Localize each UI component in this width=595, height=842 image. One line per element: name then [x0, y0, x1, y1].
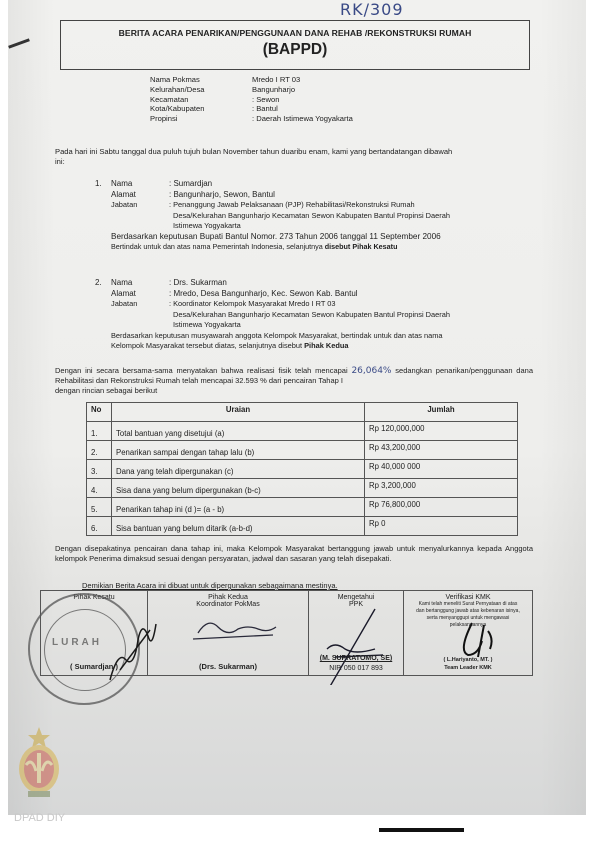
acting-bold: disebut Pihak Kesatu	[325, 242, 398, 251]
table-row: 3. Dana yang telah dipergunakan (c) Rp 4…	[87, 460, 518, 479]
government-emblem-icon	[16, 727, 62, 799]
intro-line: ini:	[55, 157, 533, 167]
party-position: : Penanggung Jawab Pelaksanaan (PJP) Reh…	[169, 200, 535, 211]
signature-scribble	[188, 613, 278, 643]
signature-kmk: Verifikasi KMK Kami telah meneliti Surat…	[404, 591, 532, 675]
row-amount: Rp 120,000,000	[365, 422, 518, 441]
acting-text: Bertindak untuk dan atas nama Pemerintah…	[111, 242, 325, 251]
signature-title: Pihak Kedua	[148, 594, 308, 601]
signature-title: Verifikasi KMK	[404, 594, 532, 601]
statement-text: dengan rincian sebagai berikut	[55, 386, 533, 396]
party-address: : Mredo, Desa Bangunharjo, Kec. Sewon Ka…	[169, 289, 535, 300]
info-label: Nama Pokmas	[150, 75, 252, 85]
row-amount: Rp 0	[365, 517, 518, 536]
table-row: 2. Penarikan sampai dengan tahap lalu (b…	[87, 441, 518, 460]
party-name: : Drs. Sukarman	[169, 278, 535, 289]
closing-paragraph: Dengan disepakatinya pencairan dana taha…	[55, 544, 533, 564]
statement-text: Dengan ini secara bersama-sama menyataka…	[55, 366, 351, 375]
statement-paragraph: Dengan ini secara bersama-sama menyataka…	[55, 366, 533, 396]
party-2: 2.Nama: Drs. Sukarman Alamat: Mredo, Des…	[95, 278, 535, 352]
table-header-row: No Uraian Jumlah	[87, 403, 518, 422]
party-1: 1.Nama: Sumardjan Alamat: Bangunharjo, S…	[95, 179, 535, 253]
row-amount: Rp 40,000 000	[365, 460, 518, 479]
party-position: : Koordinator Kelompok Masyarakat Mredo …	[169, 299, 535, 310]
closing-final: Demikian Berita Acara ini dibuat untuk d…	[82, 581, 338, 590]
info-label: Propinsi	[150, 114, 252, 124]
party-number: 2.	[95, 278, 111, 289]
table-row: 1. Total bantuan yang disetujui (a) Rp 1…	[87, 422, 518, 441]
rincian-table: No Uraian Jumlah 1. Total bantuan yang d…	[86, 402, 518, 536]
pokmas-info: Nama PokmasMredo I RT 03 Kelurahan/DesaB…	[150, 75, 353, 124]
signature-name: ( L.Hariyanto, MT. )	[404, 657, 532, 663]
row-number: 3.	[87, 460, 112, 479]
row-amount: Rp 3,200,000	[365, 479, 518, 498]
info-value: Bangunharjo	[252, 85, 295, 95]
party-number: 1.	[95, 179, 111, 190]
info-label: Kecamatan	[150, 95, 252, 105]
field-label: Nama	[111, 179, 169, 190]
row-number: 4.	[87, 479, 112, 498]
info-label: Kelurahan/Desa	[150, 85, 252, 95]
field-label: Alamat	[111, 190, 169, 201]
field-label: Nama	[111, 278, 169, 289]
party-position-line: Istimewa Yogyakarta	[169, 221, 535, 232]
signature-role: Team Leader KMK	[404, 665, 532, 671]
table-row: 6. Sisa bantuan yang belum ditarik (a-b-…	[87, 517, 518, 536]
table-row: 4. Sisa dana yang belum dipergunakan (b-…	[87, 479, 518, 498]
intro-line: Pada hari ini Sabtu tanggal dua puluh tu…	[55, 147, 533, 157]
party-position-line: Desa/Kelurahan Bangunharjo Kecamatan Sew…	[169, 211, 535, 222]
field-label: Jabatan	[111, 299, 169, 310]
party-position-line: Desa/Kelurahan Bangunharjo Kecamatan Sew…	[169, 310, 535, 321]
row-number: 1.	[87, 422, 112, 441]
row-description: Penarikan sampai dengan tahap lalu (b)	[112, 441, 365, 460]
signature-nip: NIP. 050 017 893	[309, 665, 403, 672]
column-header: Jumlah	[365, 403, 518, 422]
intro-paragraph: Pada hari ini Sabtu tanggal dua puluh tu…	[55, 147, 533, 167]
signature-ppk: Mengetahui PPK (M. SUPRATOMO, SE) NIP. 0…	[309, 591, 404, 675]
signature-subtitle: Koordinator PokMas	[148, 601, 308, 608]
info-value: Mredo I RT 03	[252, 75, 300, 85]
title-box: BERITA ACARA PENARIKAN/PENGGUNAAN DANA R…	[60, 20, 530, 70]
row-description: Sisa bantuan yang belum ditarik (a-b-d)	[112, 517, 365, 536]
party-basis: Berdasarkan keputusan musyawarah anggota…	[95, 331, 535, 342]
document-title: BERITA ACARA PENARIKAN/PENGGUNAAN DANA R…	[61, 28, 529, 38]
party-name: : Sumardjan	[169, 179, 535, 190]
basis-bold: Pihak Kedua	[304, 341, 348, 350]
party-position-line: Istimewa Yogyakarta	[169, 320, 535, 331]
signature-pihak-kedua: Pihak Kedua Koordinator PokMas (Drs. Suk…	[148, 591, 309, 675]
info-value: : Sewon	[252, 95, 279, 105]
party-address: : Bangunharjo, Sewon, Bantul	[169, 190, 535, 201]
row-description: Penarikan tahap ini (d )= (a - b)	[112, 498, 365, 517]
signature-title: Mengetahui	[309, 594, 403, 601]
signature-scribble	[454, 621, 504, 661]
basis-text: Kelompok Masyarakat tersebut diatas, sel…	[111, 341, 304, 350]
party-basis-line2: Kelompok Masyarakat tersebut diatas, sel…	[95, 341, 535, 352]
handwritten-percentage: 26,064%	[351, 366, 391, 376]
row-description: Dana yang telah dipergunakan (c)	[112, 460, 365, 479]
signature-scribble	[315, 605, 395, 685]
row-description: Total bantuan yang disetujui (a)	[112, 422, 365, 441]
row-number: 2.	[87, 441, 112, 460]
party-acting: Bertindak untuk dan atas nama Pemerintah…	[95, 242, 535, 253]
signature-name: (M. SUPRATOMO, SE)	[309, 655, 403, 662]
handwritten-code: RK/309	[340, 0, 404, 19]
row-number: 5.	[87, 498, 112, 517]
row-number: 6.	[87, 517, 112, 536]
field-label: Jabatan	[111, 200, 169, 211]
document-abbreviation: (BAPPD)	[61, 41, 529, 59]
field-label: Alamat	[111, 289, 169, 300]
watermark: DPAD DIY	[14, 812, 65, 824]
row-amount: Rp 76,800,000	[365, 498, 518, 517]
page-bar	[379, 828, 464, 832]
column-header: No	[87, 403, 112, 422]
row-description: Sisa dana yang belum dipergunakan (b-c)	[112, 479, 365, 498]
info-value: : Bantul	[252, 104, 278, 114]
party-basis: Berdasarkan keputusan Bupati Bantul Nomo…	[95, 232, 535, 243]
pihak-kesatu-signature	[90, 610, 170, 685]
info-label: Kota/Kabupaten	[150, 104, 252, 114]
info-value: : Daerah Istimewa Yogyakarta	[252, 114, 353, 124]
row-amount: Rp 43,200,000	[365, 441, 518, 460]
signature-name: (Drs. Sukarman)	[148, 662, 308, 671]
table-row: 5. Penarikan tahap ini (d )= (a - b) Rp …	[87, 498, 518, 517]
column-header: Uraian	[112, 403, 365, 422]
